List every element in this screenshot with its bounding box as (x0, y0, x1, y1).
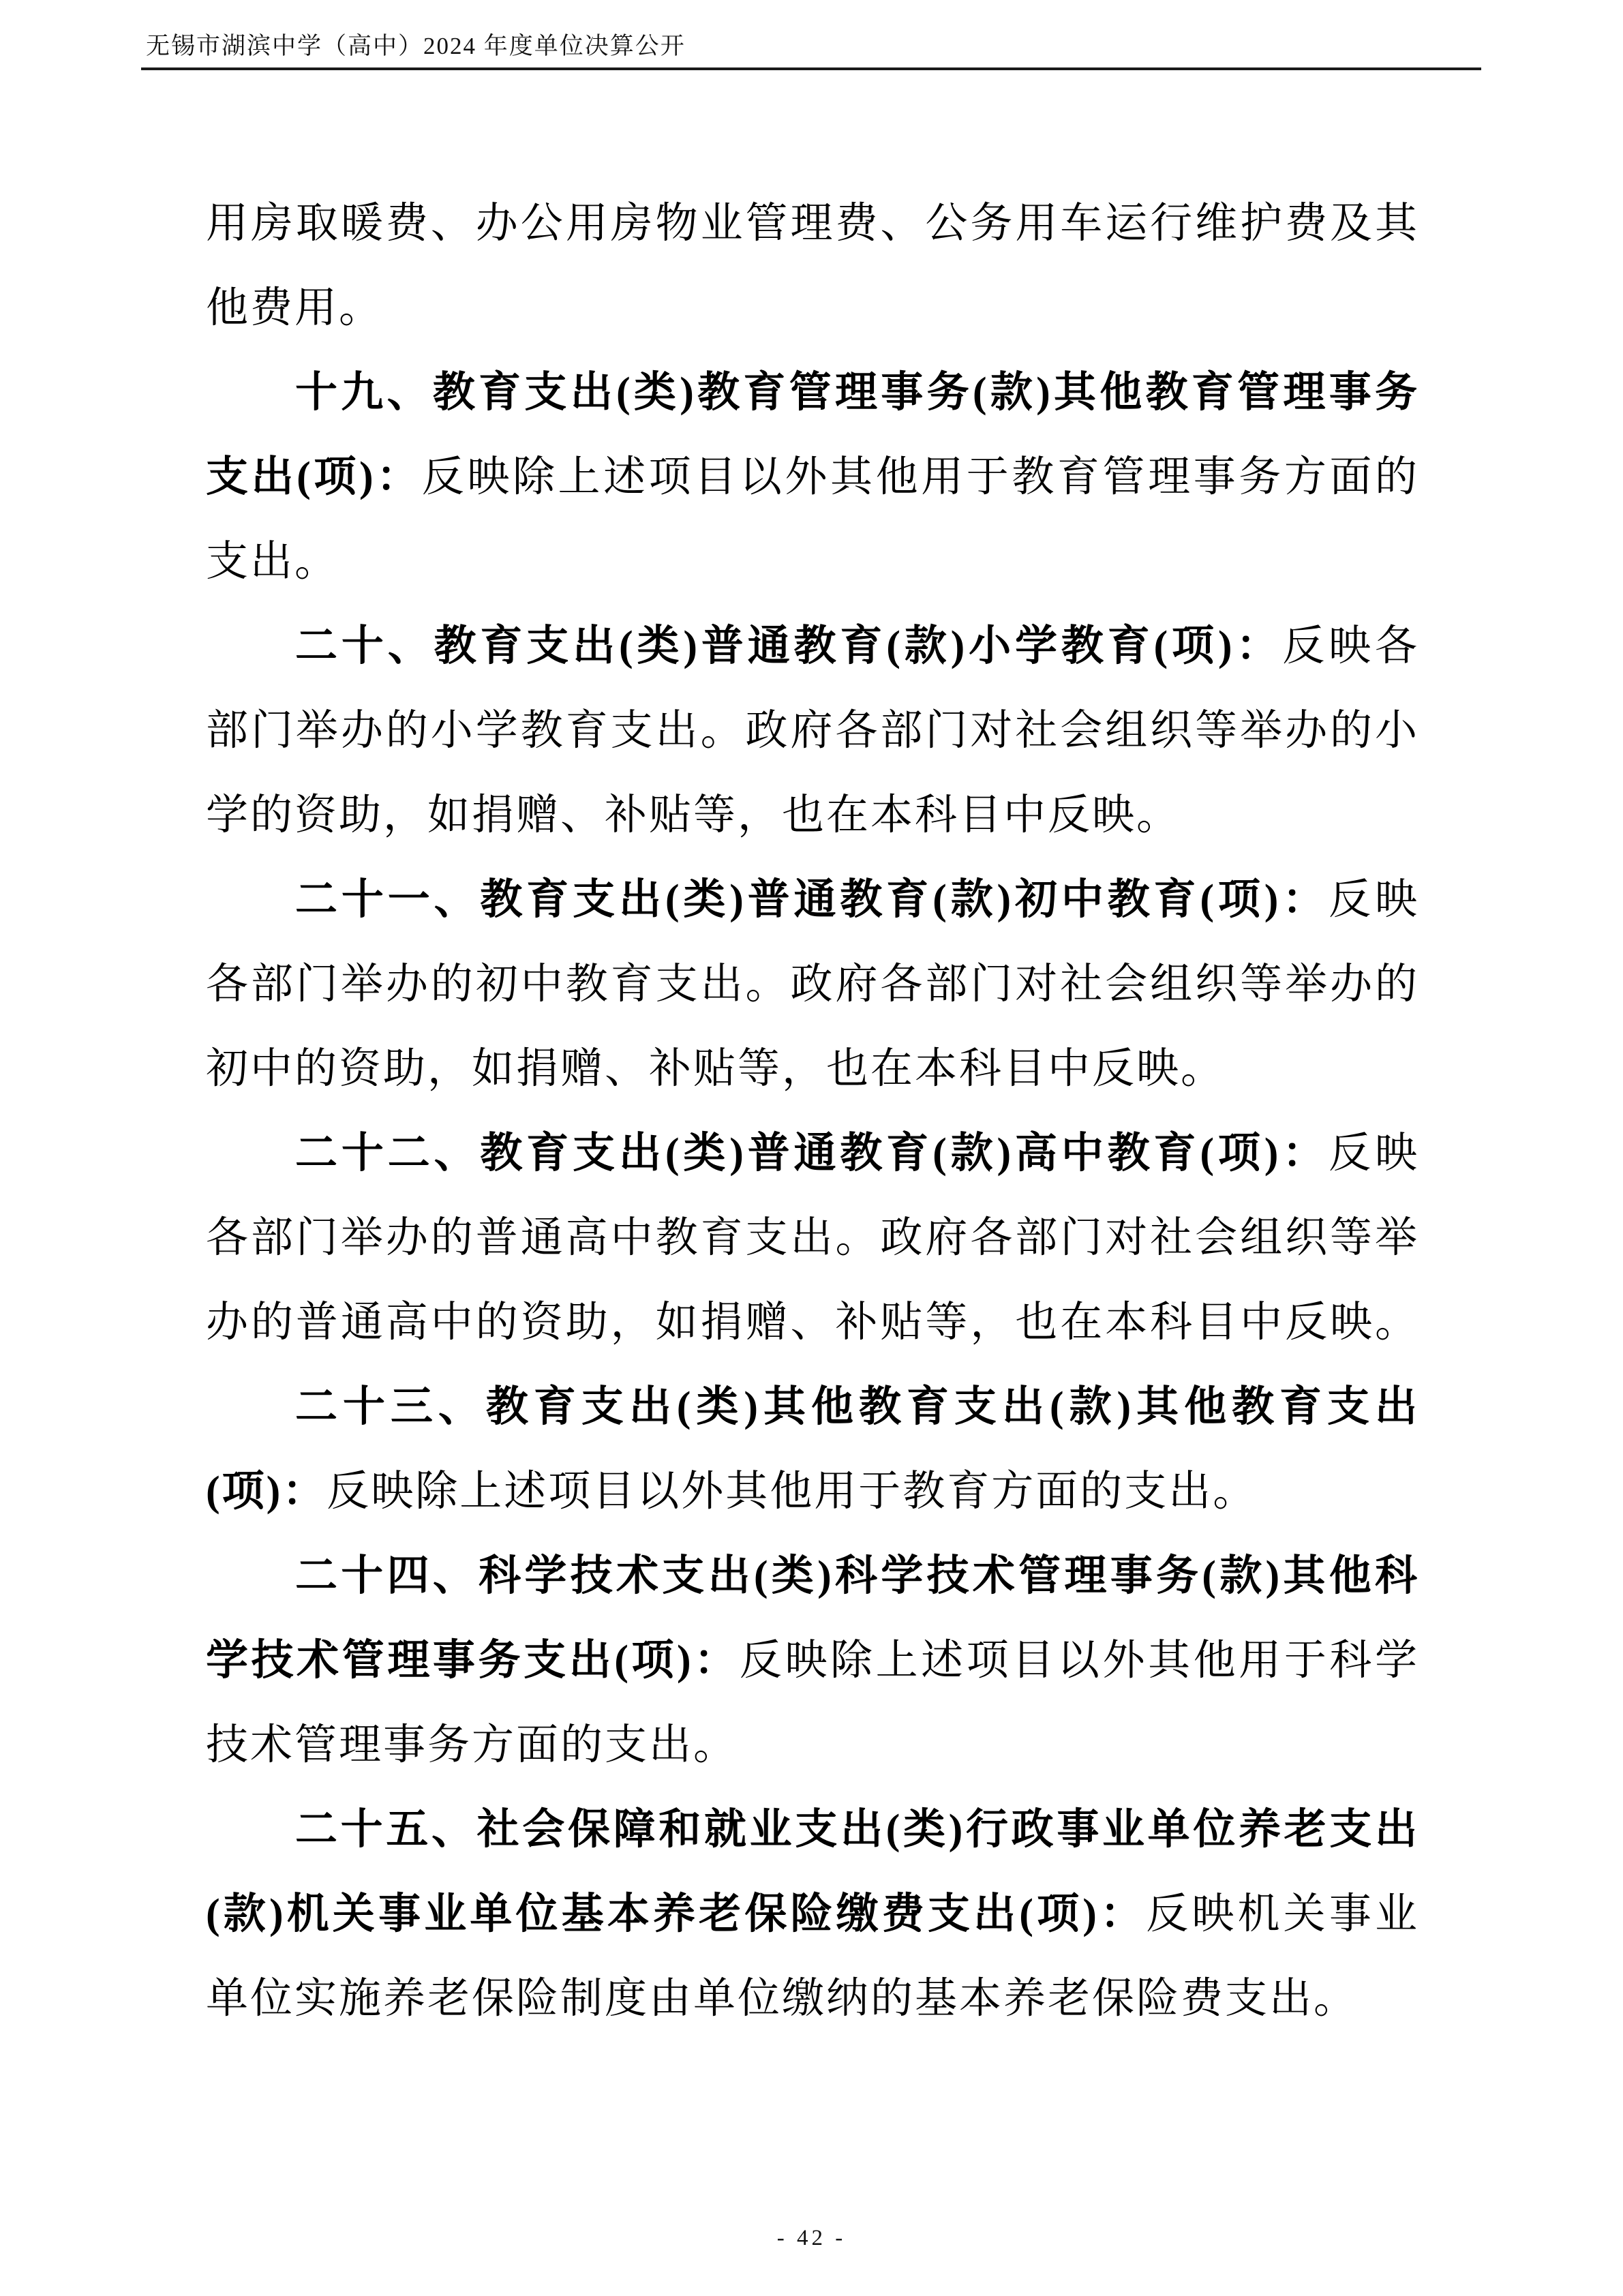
line-regular-segment: 反映除上述项目以外其他用于教育方面的支出。 (327, 1468, 1257, 1515)
line-regular-segment: 技术管理事务方面的支出。 (206, 1722, 738, 1768)
line-regular-segment: 部门举办的小学教育支出。政府各部门对社会组织等举办的小 (206, 708, 1419, 754)
text-line: 二十一、教育支出(类)普通教育(款)初中教育(项)：反映 (206, 858, 1419, 942)
line-regular-segment: 各部门举办的普通高中教育支出。政府各部门对社会组织等举 (206, 1215, 1419, 1261)
text-line: 他费用。 (206, 266, 1419, 350)
text-line: 部门举办的小学教育支出。政府各部门对社会组织等举办的小 (206, 689, 1419, 773)
line-regular-segment: 用房取暖费、办公用房物业管理费、公务用车运行维护费及其 (206, 200, 1419, 247)
line-bold-segment: 二十、教育支出(类)普通教育(款)小学教育(项)： (295, 623, 1282, 669)
text-line: 十九、教育支出(类)教育管理事务(款)其他教育管理事务 (206, 350, 1419, 435)
line-regular-segment: 反映除上述项目以外其他用于教育管理事务方面的 (422, 454, 1419, 500)
text-line: 二十三、教育支出(类)其他教育支出(款)其他教育支出 (206, 1365, 1419, 1449)
text-line: 办的普通高中的资助，如捐赠、补贴等，也在本科目中反映。 (206, 1280, 1419, 1365)
line-regular-segment: 反映 (1329, 1130, 1419, 1177)
line-regular-segment: 单位实施养老保险制度由单位缴纳的基本养老保险费支出。 (206, 1976, 1358, 2022)
line-regular-segment: 反映 (1329, 877, 1419, 923)
text-line: 二十五、社会保障和就业支出(类)行政事业单位养老支出 (206, 1787, 1419, 1872)
text-line: (款)机关事业单位基本养老保险缴费支出(项)：反映机关事业 (206, 1872, 1419, 1957)
line-regular-segment: 办的普通高中的资助，如捐赠、补贴等，也在本科目中反映。 (206, 1299, 1419, 1346)
text-line: 二十四、科学技术支出(类)科学技术管理事务(款)其他科 (206, 1534, 1419, 1618)
document-page: 无锡市湖滨中学（高中）2024 年度单位决算公开 用房取暖费、办公用房物业管理费… (0, 0, 1623, 2296)
line-regular-segment: 支出。 (206, 539, 339, 585)
text-line: 二十、教育支出(类)普通教育(款)小学教育(项)：反映各 (206, 604, 1419, 689)
header-divider-line (141, 67, 1481, 70)
text-line: 初中的资助，如捐赠、补贴等，也在本科目中反映。 (206, 1027, 1419, 1111)
line-bold-segment: 支出(项)： (206, 454, 422, 500)
text-line: 支出。 (206, 519, 1419, 604)
text-line: 支出(项)：反映除上述项目以外其他用于教育管理事务方面的 (206, 435, 1419, 519)
text-line: 用房取暖费、办公用房物业管理费、公务用车运行维护费及其 (206, 181, 1419, 266)
text-line: 各部门举办的普通高中教育支出。政府各部门对社会组织等举 (206, 1196, 1419, 1280)
document-body: 用房取暖费、办公用房物业管理费、公务用车运行维护费及其 他费用。 十九、教育支出… (206, 181, 1419, 2041)
text-line: (项)：反映除上述项目以外其他用于教育方面的支出。 (206, 1449, 1419, 1534)
line-bold-segment: 二十四、科学技术支出(类)科学技术管理事务(款)其他科 (295, 1553, 1419, 1599)
text-line: 学技术管理事务支出(项)：反映除上述项目以外其他用于科学 (206, 1618, 1419, 1703)
line-regular-segment: 反映机关事业 (1146, 1891, 1419, 1937)
line-regular-segment: 反映各 (1282, 623, 1419, 669)
text-line: 学的资助，如捐赠、补贴等，也在本科目中反映。 (206, 773, 1419, 858)
text-line: 二十二、教育支出(类)普通教育(款)高中教育(项)：反映 (206, 1111, 1419, 1196)
line-regular-segment: 各部门举办的初中教育支出。政府各部门对社会组织等举办的 (206, 961, 1419, 1008)
line-bold-segment: 学技术管理事务支出(项)： (206, 1637, 740, 1684)
footer-page-number: - 42 - (0, 2224, 1623, 2252)
line-bold-segment: 十九、教育支出(类)教育管理事务(款)其他教育管理事务 (295, 369, 1419, 416)
page-header-title: 无锡市湖滨中学（高中）2024 年度单位决算公开 (146, 27, 686, 61)
line-regular-segment: 反映除上述项目以外其他用于科学 (740, 1637, 1419, 1684)
line-bold-segment: 二十三、教育支出(类)其他教育支出(款)其他教育支出 (295, 1384, 1419, 1430)
line-bold-segment: 二十一、教育支出(类)普通教育(款)初中教育(项)： (295, 877, 1329, 923)
line-bold-segment: 二十二、教育支出(类)普通教育(款)高中教育(项)： (295, 1130, 1329, 1177)
text-line: 各部门举办的初中教育支出。政府各部门对社会组织等举办的 (206, 942, 1419, 1027)
line-bold-segment: (款)机关事业单位基本养老保险缴费支出(项)： (206, 1891, 1146, 1937)
line-regular-segment: 他费用。 (206, 285, 383, 331)
line-regular-segment: 学的资助，如捐赠、补贴等，也在本科目中反映。 (206, 792, 1181, 839)
text-line: 技术管理事务方面的支出。 (206, 1703, 1419, 1787)
line-bold-segment: (项)： (206, 1468, 327, 1515)
line-regular-segment: 初中的资助，如捐赠、补贴等，也在本科目中反映。 (206, 1046, 1225, 1092)
text-line: 单位实施养老保险制度由单位缴纳的基本养老保险费支出。 (206, 1957, 1419, 2041)
line-bold-segment: 二十五、社会保障和就业支出(类)行政事业单位养老支出 (295, 1807, 1419, 1853)
